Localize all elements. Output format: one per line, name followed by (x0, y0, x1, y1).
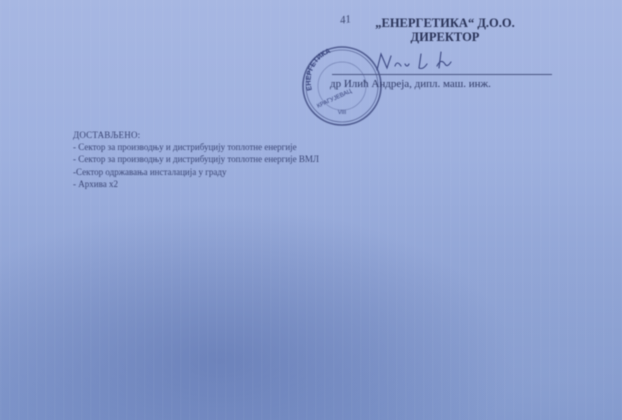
distribution-item: - Сектор за производњу и дистрибуцију то… (73, 141, 319, 153)
company-name: „ЕНЕРГЕТИКА“ Д.О.О. (370, 16, 520, 30)
signature-icon (375, 50, 465, 74)
stamp-center-text: VIII (338, 110, 347, 116)
distribution-list: ДОСТАВЉЕНО: - Сектор за производњу и дис… (73, 129, 319, 190)
distribution-item: - Архива х2 (73, 178, 319, 190)
distribution-item: -Сектор одржавања инсталација у граду (73, 166, 319, 178)
signer-name: др Илић Андреја, дипл. маш. инж. (330, 78, 491, 90)
distribution-title: ДОСТАВЉЕНО: (73, 129, 319, 141)
letterhead-block: „ЕНЕРГЕТИКА“ Д.О.О. ДИРЕКТОР (370, 16, 520, 44)
svg-text:ЕНЕРГЕТИКА: ЕНЕРГЕТИКА (306, 48, 332, 91)
handwritten-mark: 41 (339, 13, 352, 27)
signature-line (332, 74, 552, 75)
stamp-ring-text: ЕНЕРГЕТИКА (306, 48, 332, 91)
position-title: ДИРЕКТОР (370, 30, 520, 44)
distribution-item: - Сектор за производњу и дистрибуцију то… (73, 153, 319, 165)
